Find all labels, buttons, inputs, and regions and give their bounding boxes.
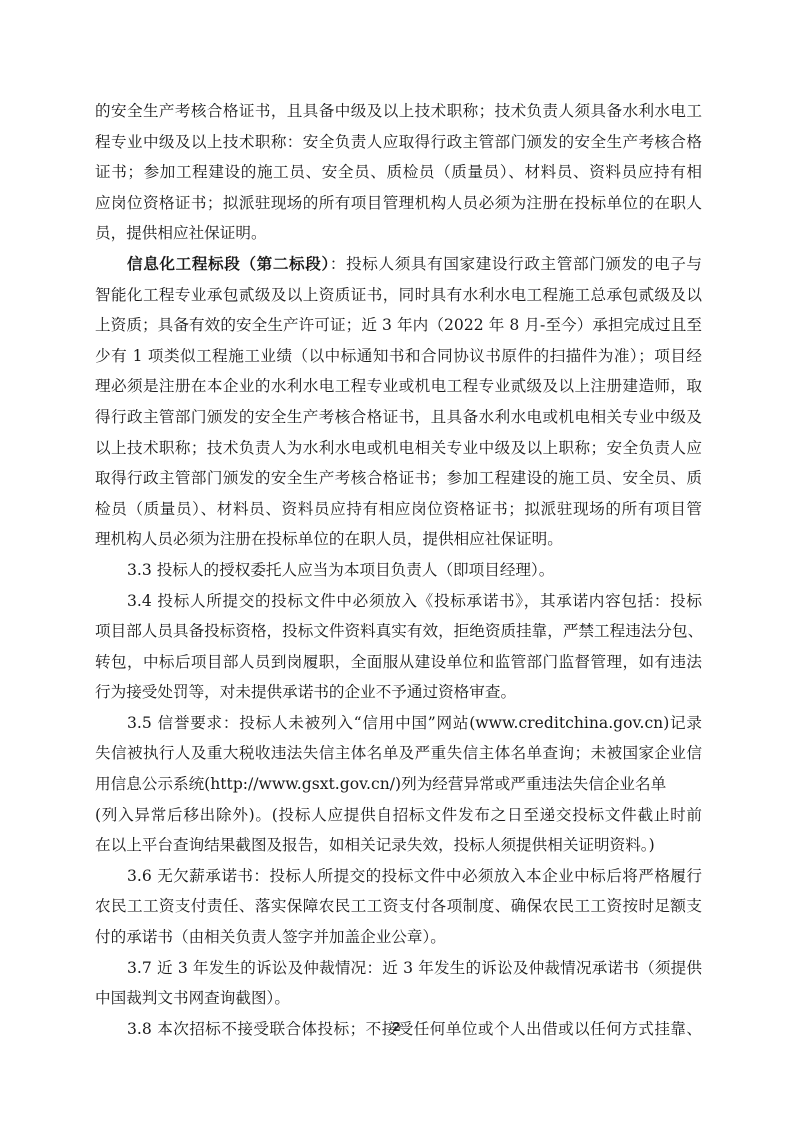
text-line: 项目部人员具备投标资格，投标文件资料真实有效，拒绝资质挂靠，严禁工程违法分包、 [95,616,702,647]
text-line: 程专业中级及以上技术职称：安全负责人应取得行政主管部门颁发的安全生产考核合格 [95,127,702,158]
text-line: 以上技术职称；技术负责人为水利水电或机电相关专业中级及以上职称；安全负责人应 [95,433,702,464]
paragraph-3-3: 3.3 投标人的授权委托人应当为本项目负责人（即项目经理）。 [95,555,702,586]
text-line: 取得行政主管部门颁发的安全生产考核合格证书；参加工程建设的施工员、安全员、质 [95,463,702,494]
text-line: 失信被执行人及重大税收违法失信主体名单及严重失信主体名单查询；未被国家企业信 [95,738,702,769]
text-line: 理必须是注册在本企业的水利水电工程专业或机电工程专业贰级及以上注册建造师，取 [95,371,702,402]
text-line: 转包，中标后项目部人员到岗履职，全面服从建设单位和监管部门监督管理，如有违法 [95,647,702,678]
text-span: ：投标人须具有国家建设行政主管部门颁发的电子与 [330,255,702,273]
page-body: 的安全生产考核合格证书，且具备中级及以上技术职称；技术负责人须具备水利水电工 程… [95,96,702,1044]
document-page: 的安全生产考核合格证书，且具备中级及以上技术职称；技术负责人须具备水利水电工 程… [0,0,793,1122]
text-line: 3.7 近 3 年发生的诉讼及仲裁情况：近 3 年发生的诉讼及仲裁情况承诺书（须… [95,953,702,984]
text-line: 3.5 信誉要求：投标人未被列入“信用中国”网站(www.creditchina… [95,708,702,739]
paragraph-section-2: 信息化工程标段（第二标段）：投标人须具有国家建设行政主管部门颁发的电子与 智能化… [95,249,702,555]
text-line: 少有 1 项类似工程施工业绩（以中标通知书和合同协议书原件的扫描件为准）；项目经 [95,341,702,372]
paragraph-3-6: 3.6 无欠薪承诺书：投标人所提交的投标文件中必须放入本企业中标后将严格履行 农… [95,861,702,953]
text-line: 在以上平台查询结果截图及报告，如相关记录失效，投标人须提供相关证明资料。) [95,830,702,861]
text-line: 智能化工程专业承包贰级及以上资质证书，同时具有水利水电工程施工总承包贰级及以 [95,280,702,311]
text-line: 的安全生产考核合格证书，且具备中级及以上技术职称；技术负责人须具备水利水电工 [95,96,702,127]
text-line: 证书；参加工程建设的施工员、安全员、质检员（质量员）、材料员、资料员应持有相 [95,157,702,188]
text-line: (列入异常后移出除外)。(投标人应提供自招标文件发布之日至递交投标文件截止时前 [95,800,702,831]
section-heading-bold: 信息化工程标段（第二标段） [127,255,330,273]
text-line: 上资质；具备有效的安全生产许可证；近 3 年内（2022 年 8 月-至今）承担… [95,310,702,341]
text-line: 3.3 投标人的授权委托人应当为本项目负责人（即项目经理）。 [95,555,702,586]
text-line: 理机构人员必须为注册在投标单位的在职人员，提供相应社保证明。 [95,524,702,555]
page-number: 2 [0,1020,793,1034]
text-line: 用信息公示系统(http://www.gsxt.gov.cn/)列为经营异常或严… [95,769,702,800]
text-line: 员，提供相应社保证明。 [95,218,702,249]
text-line: 行为接受处罚等，对未提供承诺书的企业不予通过资格审查。 [95,677,702,708]
paragraph-3-7: 3.7 近 3 年发生的诉讼及仲裁情况：近 3 年发生的诉讼及仲裁情况承诺书（须… [95,953,702,1014]
text-line: 付的承诺书（由相关负责人签字并加盖企业公章）。 [95,922,702,953]
paragraph-continuation: 的安全生产考核合格证书，且具备中级及以上技术职称；技术负责人须具备水利水电工 程… [95,96,702,249]
text-line: 3.4 投标人所提交的投标文件中必须放入《投标承诺书》，其承诺内容包括：投标 [95,586,702,617]
text-line: 得行政主管部门颁发的安全生产考核合格证书，且具备水利水电或机电相关专业中级及 [95,402,702,433]
text-line: 信息化工程标段（第二标段）：投标人须具有国家建设行政主管部门颁发的电子与 [95,249,702,280]
text-line: 应岗位资格证书；拟派驻现场的所有项目管理机构人员必须为注册在投标单位的在职人 [95,188,702,219]
text-line: 农民工工资支付责任、落实保障农民工工资支付各项制度、确保农民工工资按时足额支 [95,891,702,922]
text-line: 中国裁判文书网查询截图）。 [95,983,702,1014]
paragraph-3-5: 3.5 信誉要求：投标人未被列入“信用中国”网站(www.creditchina… [95,708,702,861]
text-line: 检员（质量员）、材料员、资料员应持有相应岗位资格证书；拟派驻现场的所有项目管 [95,494,702,525]
text-line: 3.6 无欠薪承诺书：投标人所提交的投标文件中必须放入本企业中标后将严格履行 [95,861,702,892]
paragraph-3-4: 3.4 投标人所提交的投标文件中必须放入《投标承诺书》，其承诺内容包括：投标 项… [95,586,702,708]
